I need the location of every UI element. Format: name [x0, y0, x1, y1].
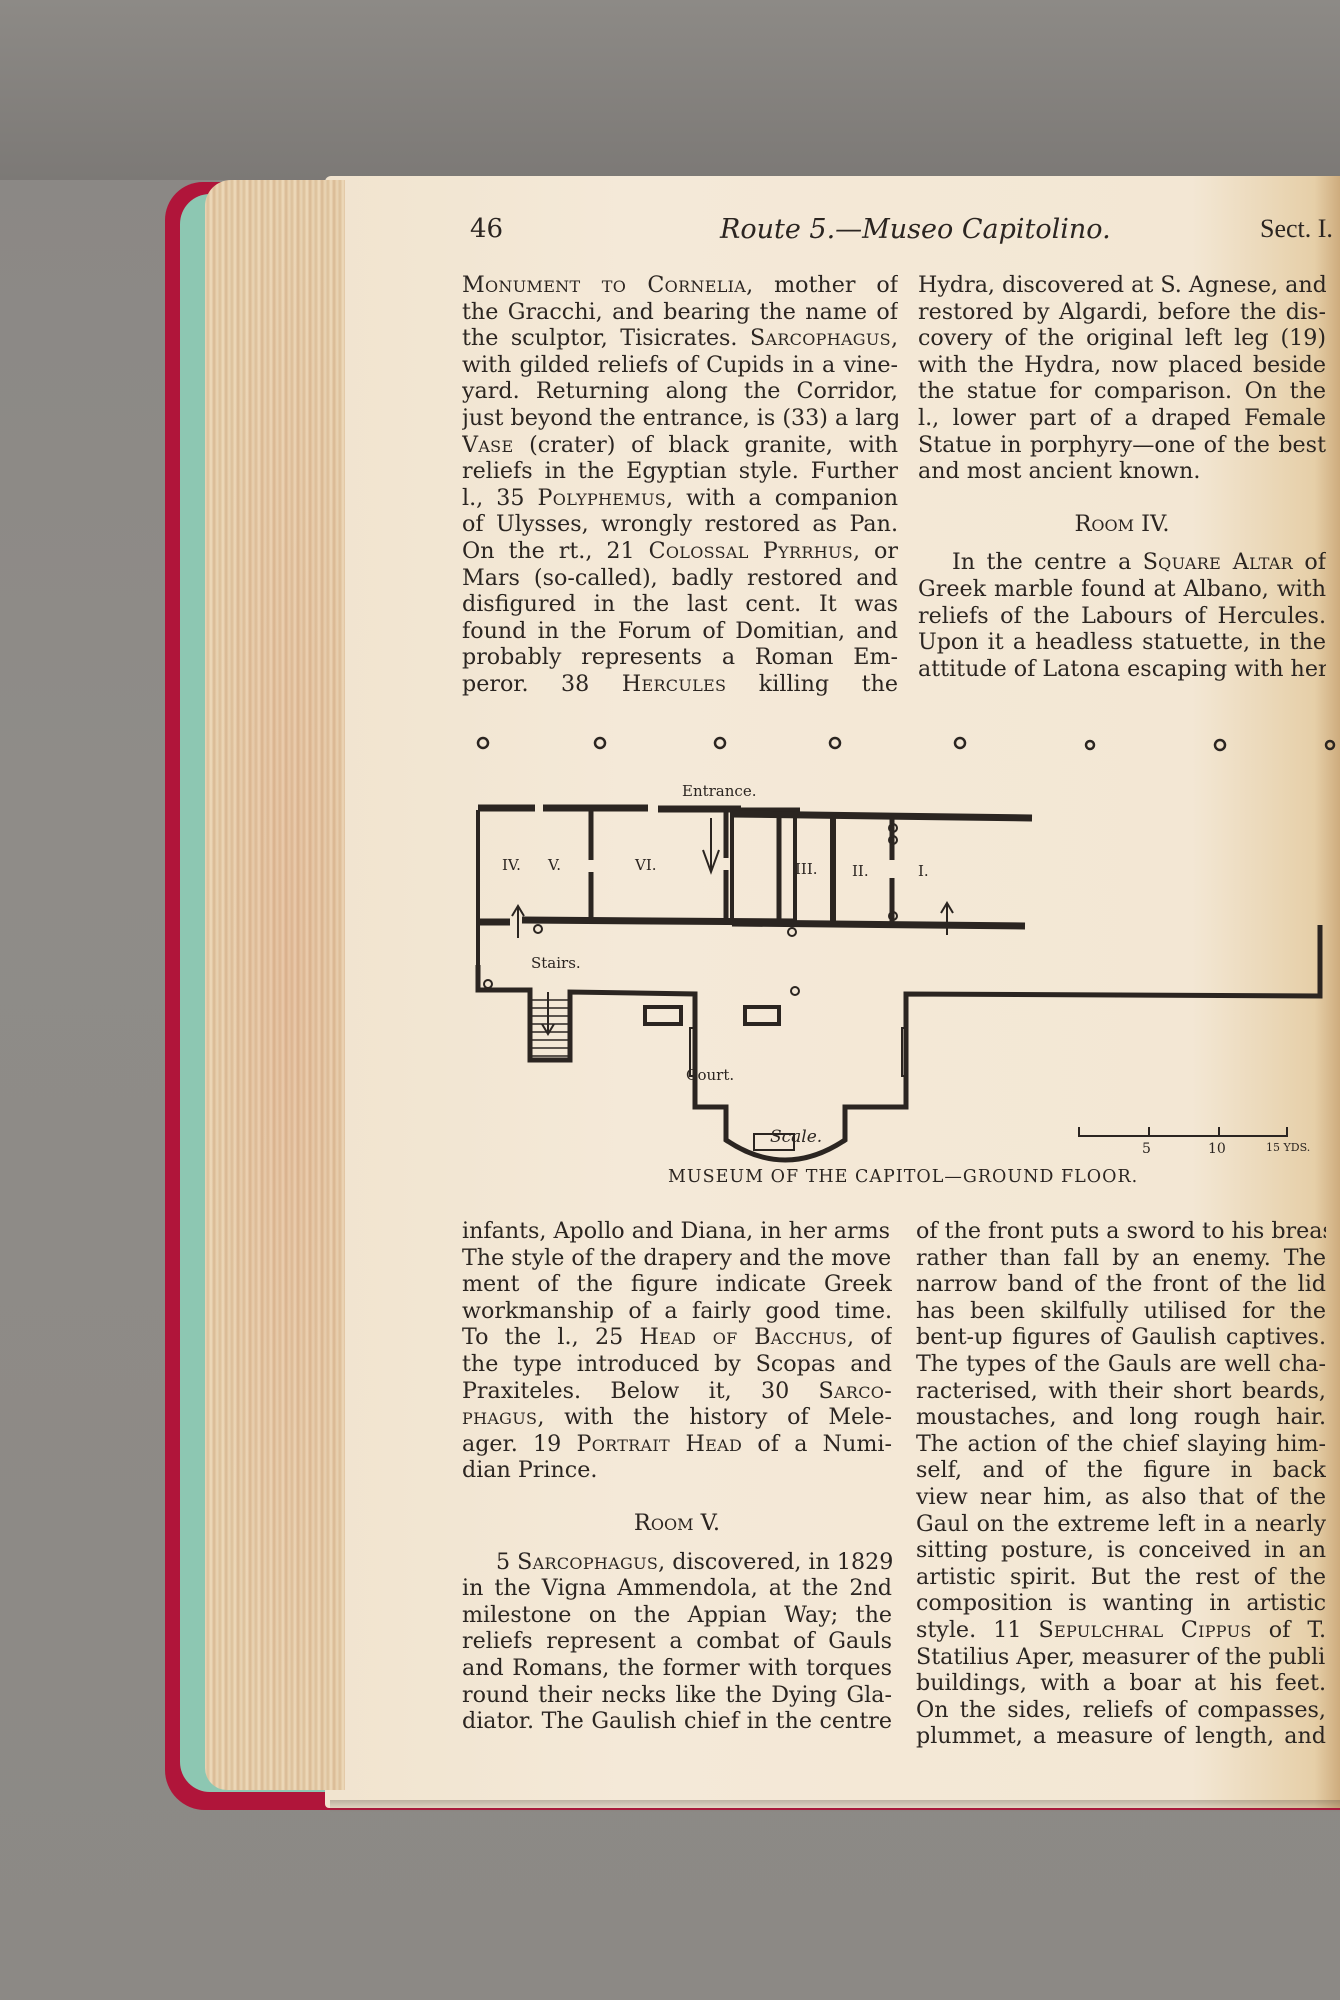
text-run: just beyond the entrance, is (33) a larg… — [462, 405, 898, 431]
text-line: composition is wanting in artistic — [916, 1590, 1326, 1617]
text-run: , with a companion — [666, 485, 898, 511]
scale-tick-10: 10 — [1208, 1141, 1226, 1157]
text-line: with gilded reliefs of Cupids in a vine- — [462, 352, 898, 379]
page-shadow — [330, 1800, 1340, 1812]
small-caps-term: Monument to Cornelia — [462, 272, 746, 298]
text-run: peror. 38 — [462, 671, 622, 697]
text-run: , with the history of Mele- — [537, 1404, 892, 1430]
text-run: the type introduced by Scopas and — [462, 1351, 892, 1377]
text-line: just beyond the entrance, is (33) a larg… — [462, 405, 898, 432]
text-line: found in the Forum of Domitian, and — [462, 618, 898, 645]
text-run: On the sides, reliefs of compasses, — [916, 1697, 1326, 1723]
text-run: and Romans, the former with torques — [462, 1655, 892, 1681]
small-caps-term: Hercules — [622, 671, 726, 697]
text-column-top-left: Monument to Cornelia, mother ofthe Gracc… — [462, 272, 898, 698]
text-line: with the Hydra, now placed beside — [918, 352, 1326, 379]
text-line: artistic spirit. But the rest of the — [916, 1564, 1326, 1591]
text-line: l., lower part of a draped Female — [918, 405, 1326, 432]
text-run: , mother of — [746, 272, 898, 298]
text-run: 5 — [496, 1549, 517, 1575]
scale-tick-5: 5 — [1142, 1141, 1151, 1157]
text-line: the sculptor, Tisicrates. Sarcophagus, — [462, 325, 898, 352]
text-run: of Ulysses, wrongly restored as Pan. — [462, 511, 898, 537]
text-run: yard. Returning along the Corridor, — [462, 378, 898, 404]
text-run: the Gracchi, and bearing the name of — [462, 299, 898, 325]
text-run: plummet, a measure of length, and — [916, 1723, 1326, 1749]
text-run: reliefs represent a combat of Gauls — [462, 1628, 892, 1654]
text-line: buildings, with a boar at his feet. — [916, 1670, 1326, 1697]
text-line: style. 11 Sepulchral Cippus of T. — [916, 1617, 1326, 1644]
text-run: bent-up figures of Gaulish captives. — [916, 1324, 1326, 1350]
text-run: (crater) of black granite, with — [513, 432, 898, 458]
text-column-bottom-left: infants, Apollo and Diana, in her arms.T… — [462, 1218, 892, 1735]
text-line: rather than fall by an enemy. The — [916, 1245, 1326, 1272]
running-head: 46 Route 5.—Museo Capitolino. Sect. I. — [460, 214, 1340, 250]
label-room-i: I. — [918, 862, 929, 880]
text-run: , of — [847, 1324, 892, 1350]
text-run: attitude of Latona escaping with her — [918, 656, 1326, 682]
section-heading: Room IV. — [918, 511, 1326, 538]
text-line: probably represents a Roman Em- — [462, 644, 898, 671]
text-run: of — [1293, 549, 1326, 575]
text-line: Praxiteles. Below it, 30 Sarco- — [462, 1378, 892, 1405]
text-line: self, and of the figure in back — [916, 1457, 1326, 1484]
text-line: view near him, as also that of the — [916, 1484, 1326, 1511]
text-line: reliefs represent a combat of Gauls — [462, 1628, 892, 1655]
text-run: composition is wanting in artistic — [916, 1590, 1326, 1616]
small-caps-term: Polyphemus — [538, 485, 666, 511]
book-page-edges — [205, 180, 345, 1790]
label-room-ii: II. — [852, 862, 869, 880]
text-line: moustaches, and long rough hair. — [916, 1404, 1326, 1431]
text-run: The types of the Gauls are well cha- — [916, 1351, 1326, 1377]
text-line: Monument to Cornelia, mother of — [462, 272, 898, 299]
text-run: self, and of the figure in back — [916, 1457, 1326, 1483]
text-run: Statilius Aper, measurer of the public — [916, 1644, 1326, 1670]
text-run: disfigured in the last cent. It was — [462, 591, 898, 617]
label-room-iv: IV. — [502, 856, 521, 874]
text-line: Hydra, discovered at S. Agnese, and — [918, 272, 1326, 299]
text-run: and most ancient known. — [918, 458, 1200, 484]
small-caps-term: Head of Bacchus — [640, 1324, 848, 1350]
small-caps-term: Sarco- — [819, 1378, 892, 1404]
text-run: narrow band of the front of the lid — [916, 1271, 1326, 1297]
text-run: , discovered, in 1829, — [658, 1549, 892, 1575]
text-line: narrow band of the front of the lid — [916, 1271, 1326, 1298]
text-run: Praxiteles. Below it, 30 — [462, 1378, 819, 1404]
text-run: ment of the figure indicate Greek — [462, 1271, 892, 1297]
text-line: In the centre a Square Altar of — [918, 549, 1326, 576]
text-run: covery of the original left leg (19) — [918, 325, 1326, 351]
text-line: and Romans, the former with torques — [462, 1655, 892, 1682]
text-run: style. 11 — [916, 1617, 1039, 1643]
text-line: The types of the Gauls are well cha- — [916, 1351, 1326, 1378]
text-line: infants, Apollo and Diana, in her arms. — [462, 1218, 892, 1245]
text-line: On the rt., 21 Colossal Pyrrhus, or — [462, 538, 898, 565]
small-caps-term: Portrait Head — [577, 1431, 743, 1457]
text-line: Mars (so-called), badly restored and — [462, 565, 898, 592]
text-line: of Ulysses, wrongly restored as Pan. — [462, 511, 898, 538]
text-line: Gaul on the extreme left in a nearly — [916, 1511, 1326, 1538]
text-run: dian Prince. — [462, 1457, 597, 1483]
text-line: disfigured in the last cent. It was — [462, 591, 898, 618]
background — [0, 0, 1340, 180]
text-column-bottom-right: of the front puts a sword to his breastr… — [916, 1218, 1326, 1750]
text-run: artistic spirit. But the rest of the — [916, 1564, 1326, 1590]
text-run: killing the — [726, 671, 898, 697]
text-line: dian Prince. — [462, 1457, 892, 1484]
text-run: To the l., 25 — [462, 1324, 640, 1350]
text-line: in the Vigna Ammendola, at the 2nd — [462, 1575, 892, 1602]
text-run: diator. The Gaulish chief in the centre — [462, 1708, 892, 1734]
text-line: workmanship of a fairly good time. — [462, 1298, 892, 1325]
text-line: plummet, a measure of length, and — [916, 1723, 1326, 1750]
text-run: with the Hydra, now placed beside — [918, 352, 1326, 378]
text-run: round their necks like the Dying Gla- — [462, 1682, 892, 1708]
scale-bar: 5 10 15 YDS. — [1078, 1125, 1298, 1165]
text-run: in the Vigna Ammendola, at the 2nd — [462, 1575, 892, 1601]
column-markers — [478, 738, 1334, 750]
text-run: sitting posture, is conceived in an — [916, 1537, 1326, 1563]
text-run: reliefs of the Labours of Hercules. — [918, 603, 1326, 629]
text-run: probably represents a Roman Em- — [462, 644, 898, 670]
text-run: of the front puts a sword to his breast — [916, 1218, 1326, 1244]
section-label: Sect. I. — [1260, 214, 1333, 244]
text-run: workmanship of a fairly good time. — [462, 1298, 892, 1324]
text-line: racterised, with their short beards, — [916, 1378, 1326, 1405]
text-run: the sculptor, Tisicrates. — [462, 325, 750, 351]
text-line: peror. 38 Hercules killing the — [462, 671, 898, 698]
text-line: and most ancient known. — [918, 458, 1326, 485]
small-caps-term: Sarcophagus — [517, 1549, 658, 1575]
text-run: with gilded reliefs of Cupids in a vine- — [462, 352, 898, 378]
text-line: Vase (crater) of black granite, with — [462, 432, 898, 459]
label-stairs: Stairs. — [531, 954, 581, 972]
text-line: milestone on the Appian Way; the — [462, 1602, 892, 1629]
text-line: reliefs in the Egyptian style. Further — [462, 458, 898, 485]
text-line: has been skilfully utilised for the — [916, 1298, 1326, 1325]
text-line: 5 Sarcophagus, discovered, in 1829, — [462, 1549, 892, 1576]
text-line: the Gracchi, and bearing the name of — [462, 299, 898, 326]
text-run: the statue for comparison. On the — [918, 378, 1326, 404]
text-line: restored by Algardi, before the dis- — [918, 299, 1326, 326]
text-run: rather than fall by an enemy. The — [916, 1245, 1326, 1271]
page-number: 46 — [470, 214, 503, 244]
section-heading: Room V. — [462, 1510, 892, 1537]
text-run: racterised, with their short beards, — [916, 1378, 1326, 1404]
text-line: sitting posture, is conceived in an — [916, 1537, 1326, 1564]
text-run: ager. 19 — [462, 1431, 577, 1457]
label-court: Court. — [686, 1066, 734, 1084]
small-caps-term: phagus — [462, 1404, 537, 1430]
scale-tick-15: 15 YDS. — [1266, 1141, 1310, 1154]
text-line: ment of the figure indicate Greek — [462, 1271, 892, 1298]
text-line: attitude of Latona escaping with her — [918, 656, 1326, 683]
text-line: Upon it a headless statuette, in the — [918, 629, 1326, 656]
text-run: Mars (so-called), badly restored and — [462, 565, 898, 591]
small-caps-term: Sarcophagus — [750, 325, 891, 351]
text-line: of the front puts a sword to his breast — [916, 1218, 1326, 1245]
text-run: restored by Algardi, before the dis- — [918, 299, 1326, 325]
label-entrance: Entrance. — [682, 782, 756, 800]
text-line: yard. Returning along the Corridor, — [462, 378, 898, 405]
text-run: found in the Forum of Domitian, and — [462, 618, 898, 644]
small-caps-term: Colossal Pyrrhus — [649, 538, 853, 564]
text-run: l., lower part of a draped Female — [918, 405, 1326, 431]
text-run: of a Numi- — [742, 1431, 892, 1457]
text-column-top-right: Hydra, discovered at S. Agnese, andresto… — [918, 272, 1326, 682]
label-room-v: V. — [547, 856, 561, 874]
text-run: On the rt., 21 — [462, 538, 649, 564]
floor-plan-caption: MUSEUM OF THE CAPITOL—GROUND FLOOR. — [668, 1167, 1138, 1187]
text-line: reliefs of the Labours of Hercules. — [918, 603, 1326, 630]
text-run: milestone on the Appian Way; the — [462, 1602, 892, 1628]
text-line: the statue for comparison. On the — [918, 378, 1326, 405]
text-line: the type introduced by Scopas and — [462, 1351, 892, 1378]
text-run: moustaches, and long rough hair. — [916, 1404, 1326, 1430]
text-line: To the l., 25 Head of Bacchus, of — [462, 1324, 892, 1351]
text-run: Hydra, discovered at S. Agnese, and — [918, 272, 1326, 298]
text-run: Statue in porphyry—one of the best — [918, 432, 1326, 458]
text-line: covery of the original left leg (19) — [918, 325, 1326, 352]
text-run: buildings, with a boar at his feet. — [916, 1670, 1326, 1696]
text-line: The style of the drapery and the move- — [462, 1245, 892, 1272]
text-run: , or — [853, 538, 898, 564]
small-caps-term: Vase — [462, 432, 513, 458]
text-line: ager. 19 Portrait Head of a Numi- — [462, 1431, 892, 1458]
text-run: l., 35 — [462, 485, 538, 511]
running-title: Route 5.—Museo Capitolino. — [720, 214, 1111, 245]
text-line: l., 35 Polyphemus, with a companion — [462, 485, 898, 512]
text-run: view near him, as also that of the — [916, 1484, 1326, 1510]
text-line: Statilius Aper, measurer of the public — [916, 1644, 1326, 1671]
label-room-iii: III. — [795, 860, 818, 878]
text-run: In the centre a — [952, 549, 1143, 575]
text-run: Gaul on the extreme left in a nearly — [916, 1511, 1326, 1537]
text-line: bent-up figures of Gaulish captives. — [916, 1324, 1326, 1351]
text-line: diator. The Gaulish chief in the centre — [462, 1708, 892, 1735]
small-caps-term: Sepulchral Cippus — [1039, 1617, 1252, 1643]
text-line: phagus, with the history of Mele- — [462, 1404, 892, 1431]
text-run: Greek marble found at Albano, with — [918, 576, 1326, 602]
text-run: , — [891, 325, 898, 351]
label-scale: Scale. — [770, 1127, 822, 1147]
text-line: The action of the chief slaying him- — [916, 1431, 1326, 1458]
text-line: On the sides, reliefs of compasses, — [916, 1697, 1326, 1724]
floor-plan-diagram: Entrance. IV. V. VI. III. II. I. Stairs.… — [440, 710, 1340, 1170]
text-run: infants, Apollo and Diana, in her arms. — [462, 1218, 892, 1244]
text-run: of T. — [1252, 1617, 1326, 1643]
text-run: reliefs in the Egyptian style. Further — [462, 458, 898, 484]
text-line: Statue in porphyry—one of the best — [918, 432, 1326, 459]
text-run: Upon it a headless statuette, in the — [918, 629, 1326, 655]
text-run: The style of the drapery and the move- — [462, 1245, 892, 1271]
text-line: Greek marble found at Albano, with — [918, 576, 1326, 603]
text-run: The action of the chief slaying him- — [916, 1431, 1326, 1457]
label-room-vi: VI. — [634, 856, 657, 874]
text-line: round their necks like the Dying Gla- — [462, 1682, 892, 1709]
small-caps-term: Square Altar — [1143, 549, 1293, 575]
text-run: has been skilfully utilised for the — [916, 1298, 1326, 1324]
